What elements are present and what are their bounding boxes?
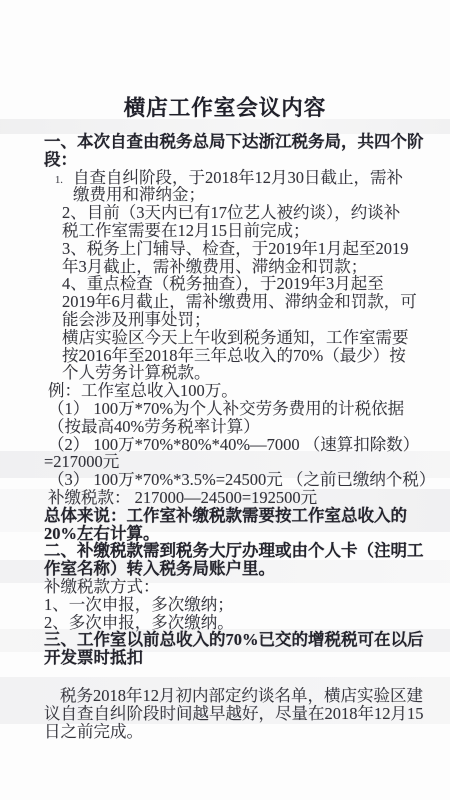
text-line: 一、本次自查由税务总局下达浙江税务局，共四个阶 — [44, 133, 422, 151]
text-line: 能会涉及刑事处罚； — [62, 311, 422, 329]
line-text: （2） 100万*70%*80%*40%—7000 （速算扣除数） — [48, 435, 419, 454]
text-line: （2） 100万*70%*80%*40%—7000 （速算扣除数） — [48, 436, 422, 454]
paragraph-gap — [44, 667, 422, 687]
line-text: =217000元 — [44, 452, 119, 471]
text-line: （1） 100万*70%为个人补交劳务费用的计税依据 — [48, 400, 422, 418]
line-text: 个人劳务计算税款。 — [62, 363, 211, 382]
text-line: 税务2018年12月初内部定约谈名单，横店实验区建 — [60, 687, 422, 705]
text-line: 税工作室需要在12月15日前完成； — [62, 222, 422, 240]
document-page: 横店工作室会议内容 一、本次自查由税务总局下达浙江税务局，共四个阶段：1.自查自… — [0, 0, 450, 800]
line-text: 缴费用和滞纳金； — [73, 185, 205, 204]
text-line: 年3月截止，需补缴费用、滞纳金和罚款； — [62, 258, 422, 276]
line-text: 一、本次自查由税务总局下达浙江税务局，共四个阶 — [44, 132, 424, 151]
line-text: 按2016年至2018年三年总收入的70%（最少）按 — [62, 346, 406, 365]
line-text: 20%左右计算。 — [44, 524, 160, 543]
document-body: 一、本次自查由税务总局下达浙江税务局，共四个阶段：1.自查自纠阶段，于2018年… — [0, 133, 450, 740]
line-text: 2、多次申报，多次缴纳。 — [44, 613, 234, 632]
line-text: （3） 100万*70%*3.5%=24500元 （之前已缴纳个税） — [48, 470, 435, 489]
text-line: 补缴税款： 217000—24500=192500元 — [48, 489, 422, 507]
line-text: 税务2018年12月初内部定约谈名单，横店实验区建 — [60, 686, 423, 705]
line-text: 2019年6月截止，需补缴费用、滞纳金和罚款，可 — [62, 292, 417, 311]
text-line: 个人劳务计算税款。 — [62, 364, 422, 382]
line-text: 段： — [44, 150, 77, 169]
text-line: 例：工作室总收入100万。 — [48, 382, 422, 400]
text-line: 三、工作室以前总收入的70%已交的增税税可在以后 — [44, 631, 422, 649]
line-text: 日之前完成。 — [44, 722, 143, 741]
text-line: 段： — [44, 151, 422, 169]
text-line: 开发票时抵扣 — [44, 649, 422, 667]
line-text: 补缴税款： 217000—24500=192500元 — [48, 488, 317, 507]
line-text: 例：工作室总收入100万。 — [48, 381, 238, 400]
line-text: 税工作室需要在12月15日前完成； — [62, 221, 310, 240]
line-text: 横店实验区今天上午收到税务通知，工作室需要 — [62, 328, 409, 347]
text-line: 1.自查自纠阶段，于2018年12月30日截止，需补 — [55, 169, 422, 187]
line-text: 开发票时抵扣 — [44, 648, 143, 667]
line-text: 1、一次申报，多次缴纳； — [44, 595, 234, 614]
line-text: 4、重点检查（税务抽查），于2019年3月起至 — [62, 274, 384, 293]
text-line: 2、目前（3天内已有17位艺人被约谈），约谈补 — [62, 204, 422, 222]
text-line: 20%左右计算。 — [44, 525, 422, 543]
line-text: 3、税务上门辅导、检查，于2019年1月起至2019 — [62, 239, 409, 258]
text-line: 二、补缴税款需到税务大厅办理或由个人卡（注明工 — [44, 542, 422, 560]
document-title: 横店工作室会议内容 — [0, 91, 450, 122]
text-line: （按最高40%劳务税率计算） — [48, 418, 422, 436]
text-line: （3） 100万*70%*3.5%=24500元 （之前已缴纳个税） — [48, 471, 422, 489]
line-text: 自查自纠阶段，于2018年12月30日截止，需补 — [73, 168, 403, 187]
text-line: 作室名称）转入税务局账户里。 — [44, 560, 422, 578]
line-text: 三、工作室以前总收入的70%已交的增税税可在以后 — [44, 630, 424, 649]
line-text: 年3月截止，需补缴费用、滞纳金和罚款； — [62, 257, 367, 276]
text-line: 横店实验区今天上午收到税务通知，工作室需要 — [62, 329, 422, 347]
line-text: （1） 100万*70%为个人补交劳务费用的计税依据 — [48, 399, 404, 418]
text-line: 3、税务上门辅导、检查，于2019年1月起至2019 — [62, 240, 422, 258]
text-line: =217000元 — [44, 453, 422, 471]
line-text: 2、目前（3天内已有17位艺人被约谈），约谈补 — [62, 203, 400, 222]
text-line: 补缴税款方式： — [44, 578, 422, 596]
line-text: 议自查自纠阶段时间越早越好，尽量在2018年12月15 — [44, 704, 424, 723]
text-line: 缴费用和滞纳金； — [73, 186, 422, 204]
list-marker: 1. — [55, 172, 73, 190]
line-text: （按最高40%劳务税率计算） — [48, 417, 260, 436]
line-text: 补缴税款方式： — [44, 577, 160, 596]
text-line: 日之前完成。 — [44, 723, 422, 741]
line-text: 二、补缴税款需到税务大厅办理或由个人卡（注明工 — [44, 541, 424, 560]
text-line: 1、一次申报，多次缴纳； — [44, 596, 422, 614]
text-line: 总体来说：工作室补缴税款需要按工作室总收入的 — [44, 507, 422, 525]
line-text: 能会涉及刑事处罚； — [62, 310, 211, 329]
text-line: 议自查自纠阶段时间越早越好，尽量在2018年12月15 — [44, 705, 422, 723]
line-text: 总体来说：工作室补缴税款需要按工作室总收入的 — [44, 506, 407, 525]
text-line: 2019年6月截止，需补缴费用、滞纳金和罚款，可 — [62, 293, 422, 311]
text-line: 按2016年至2018年三年总收入的70%（最少）按 — [62, 347, 422, 365]
text-line: 2、多次申报，多次缴纳。 — [44, 614, 422, 632]
text-line: 4、重点检查（税务抽查），于2019年3月起至 — [62, 275, 422, 293]
line-text: 作室名称）转入税务局账户里。 — [44, 559, 275, 578]
